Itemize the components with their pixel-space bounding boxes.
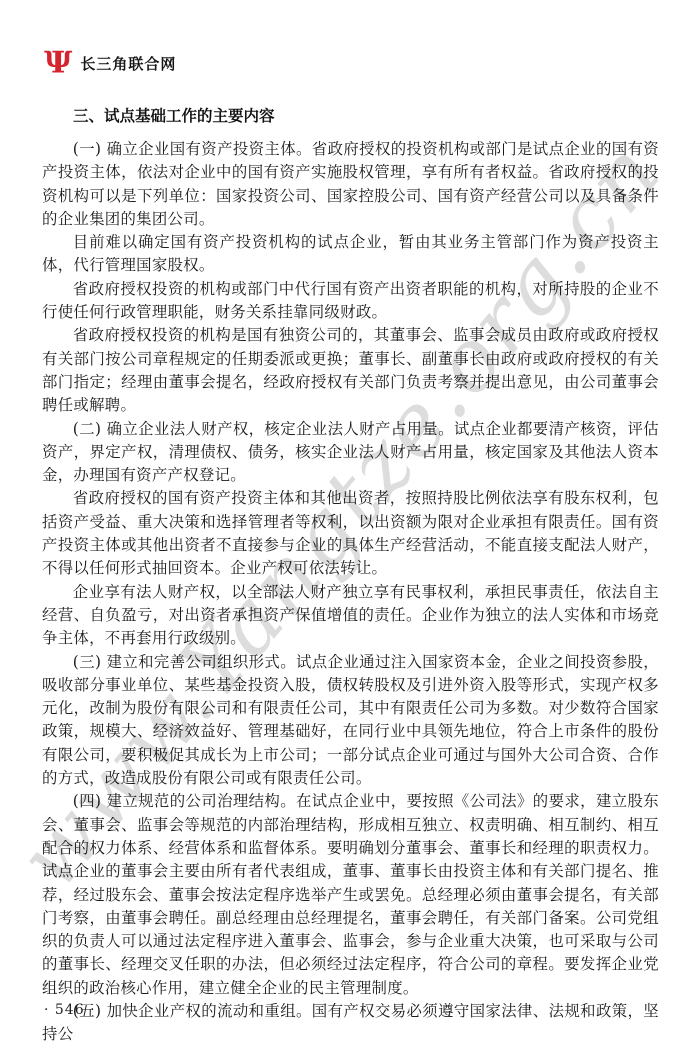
site-name: 长三角联合网 [80, 53, 176, 74]
paragraph: 省政府授权投资的机构是国有独资公司的，其董事会、监事会成员由政府或政府授权有关部… [42, 324, 659, 417]
section-title: 三、试点基础工作的主要内容 [42, 104, 659, 127]
paragraph: (三) 建立和完善公司组织形式。试点企业通过注入国家资本金，企业之间投资参股，吸… [42, 651, 659, 791]
paragraph: (二) 确立企业法人财产权，核定企业法人财产占用量。试点企业都要清产核资，评估资… [42, 418, 659, 488]
paragraph: 企业享有法人财产权，以全部法人财产独立享有民事权利，承担民事责任，依法自主经营、… [42, 581, 659, 651]
document-page: www.Yangtze.org.cn Ψ 长三角联合网 三、试点基础工作的主要内… [0, 0, 700, 1064]
paragraph: (一) 确立企业国有资产投资主体。省政府授权的投资机构或部门是试点企业的国有资产… [42, 138, 659, 231]
paragraph: 省政府授权的国有资产投资主体和其他出资者，按照持股比例依法享有股东权利，包括资产… [42, 487, 659, 580]
document-body: 三、试点基础工作的主要内容 (一) 确立企业国有资产投资主体。省政府授权的投资机… [42, 104, 659, 1047]
paragraph: 省政府授权投资的机构或部门中代行国有资产出资者职能的机构，对所持股的企业不行使任… [42, 278, 659, 325]
paragraph: 目前难以确定国有资产投资机构的试点企业，暂由其业务主管部门作为资产投资主体，代行… [42, 231, 659, 278]
site-logo-icon: Ψ [44, 48, 72, 78]
paragraph: (五) 加快企业产权的流动和重组。国有产权交易必须遵守国家法律、法规和政策，坚持… [42, 1000, 659, 1047]
page-number: · 546 · [44, 1002, 96, 1018]
paragraph: (四) 建立规范的公司治理结构。在试点企业中，要按照《公司法》的要求，建立股东会… [42, 790, 659, 1000]
site-header: Ψ 长三角联合网 [44, 46, 176, 80]
